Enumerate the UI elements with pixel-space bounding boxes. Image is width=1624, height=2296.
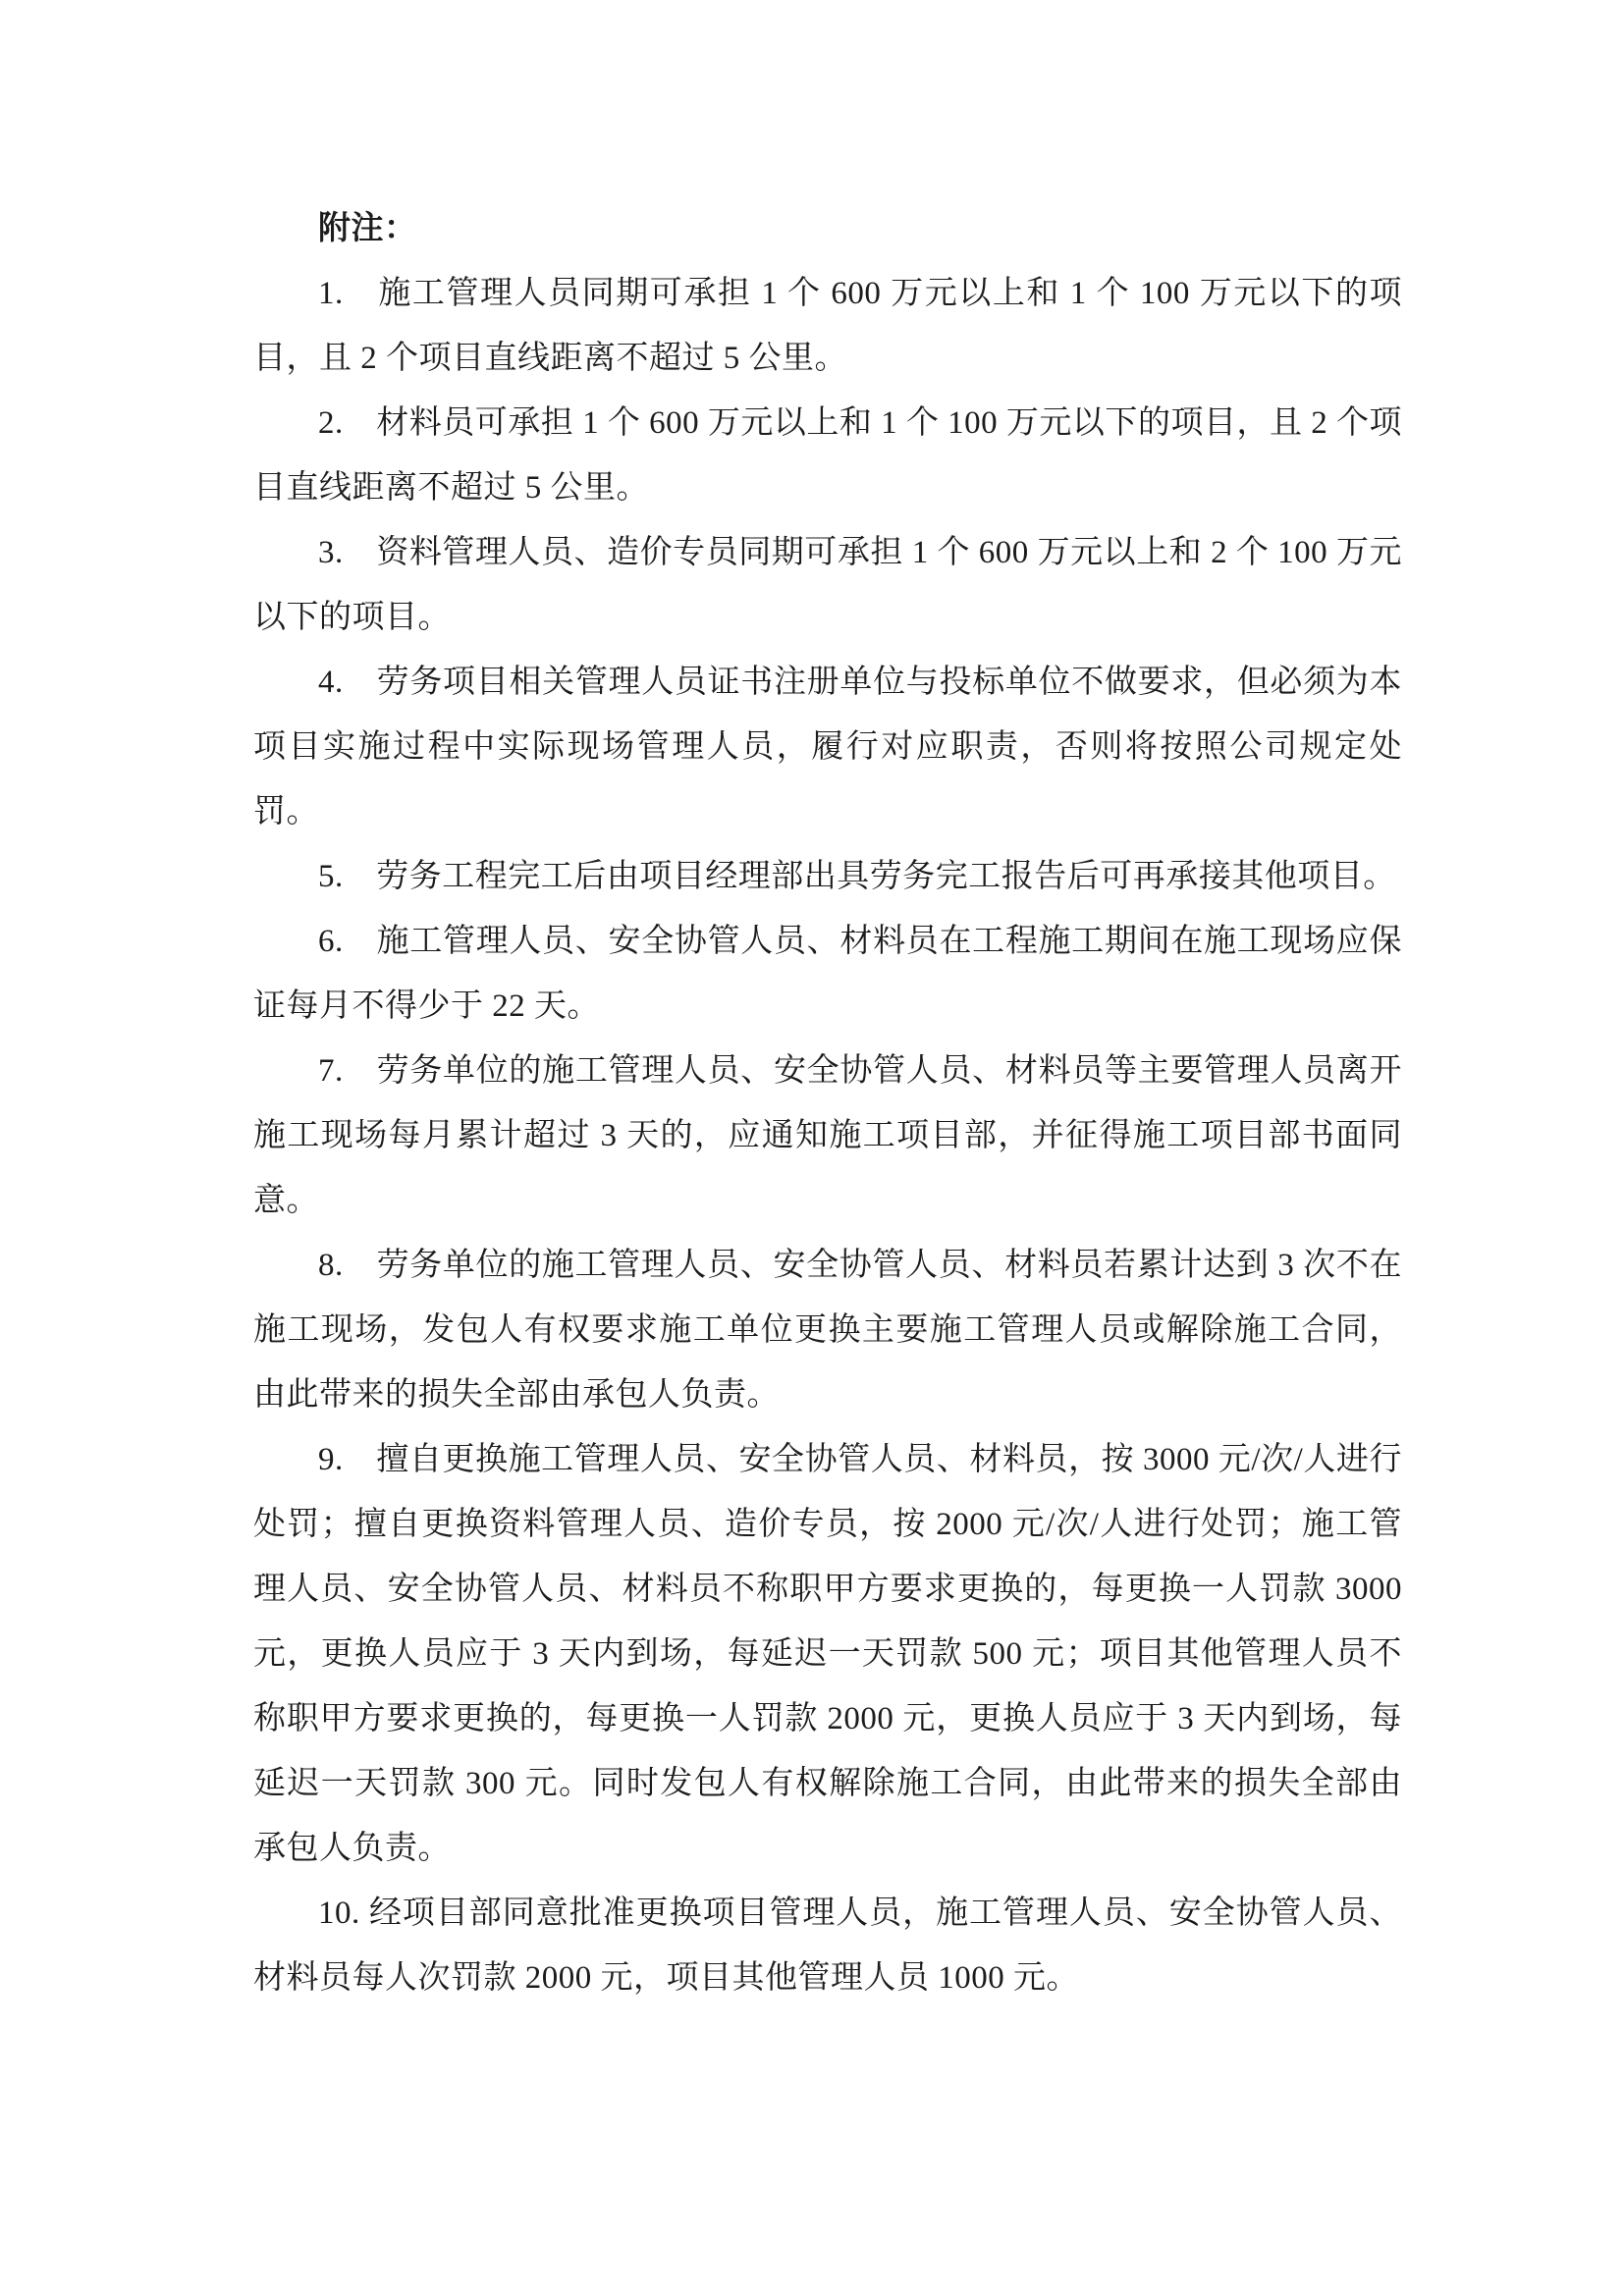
note-item-4: 4. 劳务项目相关管理人员证书注册单位与投标单位不做要求，但必须为本项目实施过程… [253, 650, 1402, 844]
notes-heading: 附注： [253, 196, 1402, 261]
note-item-1: 1. 施工管理人员同期可承担 1 个 600 万元以上和 1 个 100 万元以… [253, 261, 1402, 391]
note-item-8: 8. 劳务单位的施工管理人员、安全协管人员、材料员若累计达到 3 次不在施工现场… [253, 1233, 1402, 1427]
note-item-5: 5. 劳务工程完工后由项目经理部出具劳务完工报告后可再承接其他项目。 [253, 844, 1402, 909]
note-item-7: 7. 劳务单位的施工管理人员、安全协管人员、材料员等主要管理人员离开施工现场每月… [253, 1039, 1402, 1233]
note-item-2: 2. 材料员可承担 1 个 600 万元以上和 1 个 100 万元以下的项目，… [253, 391, 1402, 520]
document-page: 附注： 1. 施工管理人员同期可承担 1 个 600 万元以上和 1 个 100… [0, 0, 1624, 2296]
note-item-9: 9. 擅自更换施工管理人员、安全协管人员、材料员，按 3000 元/次/人进行处… [253, 1427, 1402, 1881]
note-item-6: 6. 施工管理人员、安全协管人员、材料员在工程施工期间在施工现场应保证每月不得少… [253, 909, 1402, 1039]
note-item-3: 3. 资料管理人员、造价专员同期可承担 1 个 600 万元以上和 2 个 10… [253, 520, 1402, 650]
note-item-10: 10. 经项目部同意批准更换项目管理人员，施工管理人员、安全协管人员、材料员每人… [253, 1881, 1402, 2010]
notes-section: 附注： 1. 施工管理人员同期可承担 1 个 600 万元以上和 1 个 100… [253, 196, 1402, 2010]
